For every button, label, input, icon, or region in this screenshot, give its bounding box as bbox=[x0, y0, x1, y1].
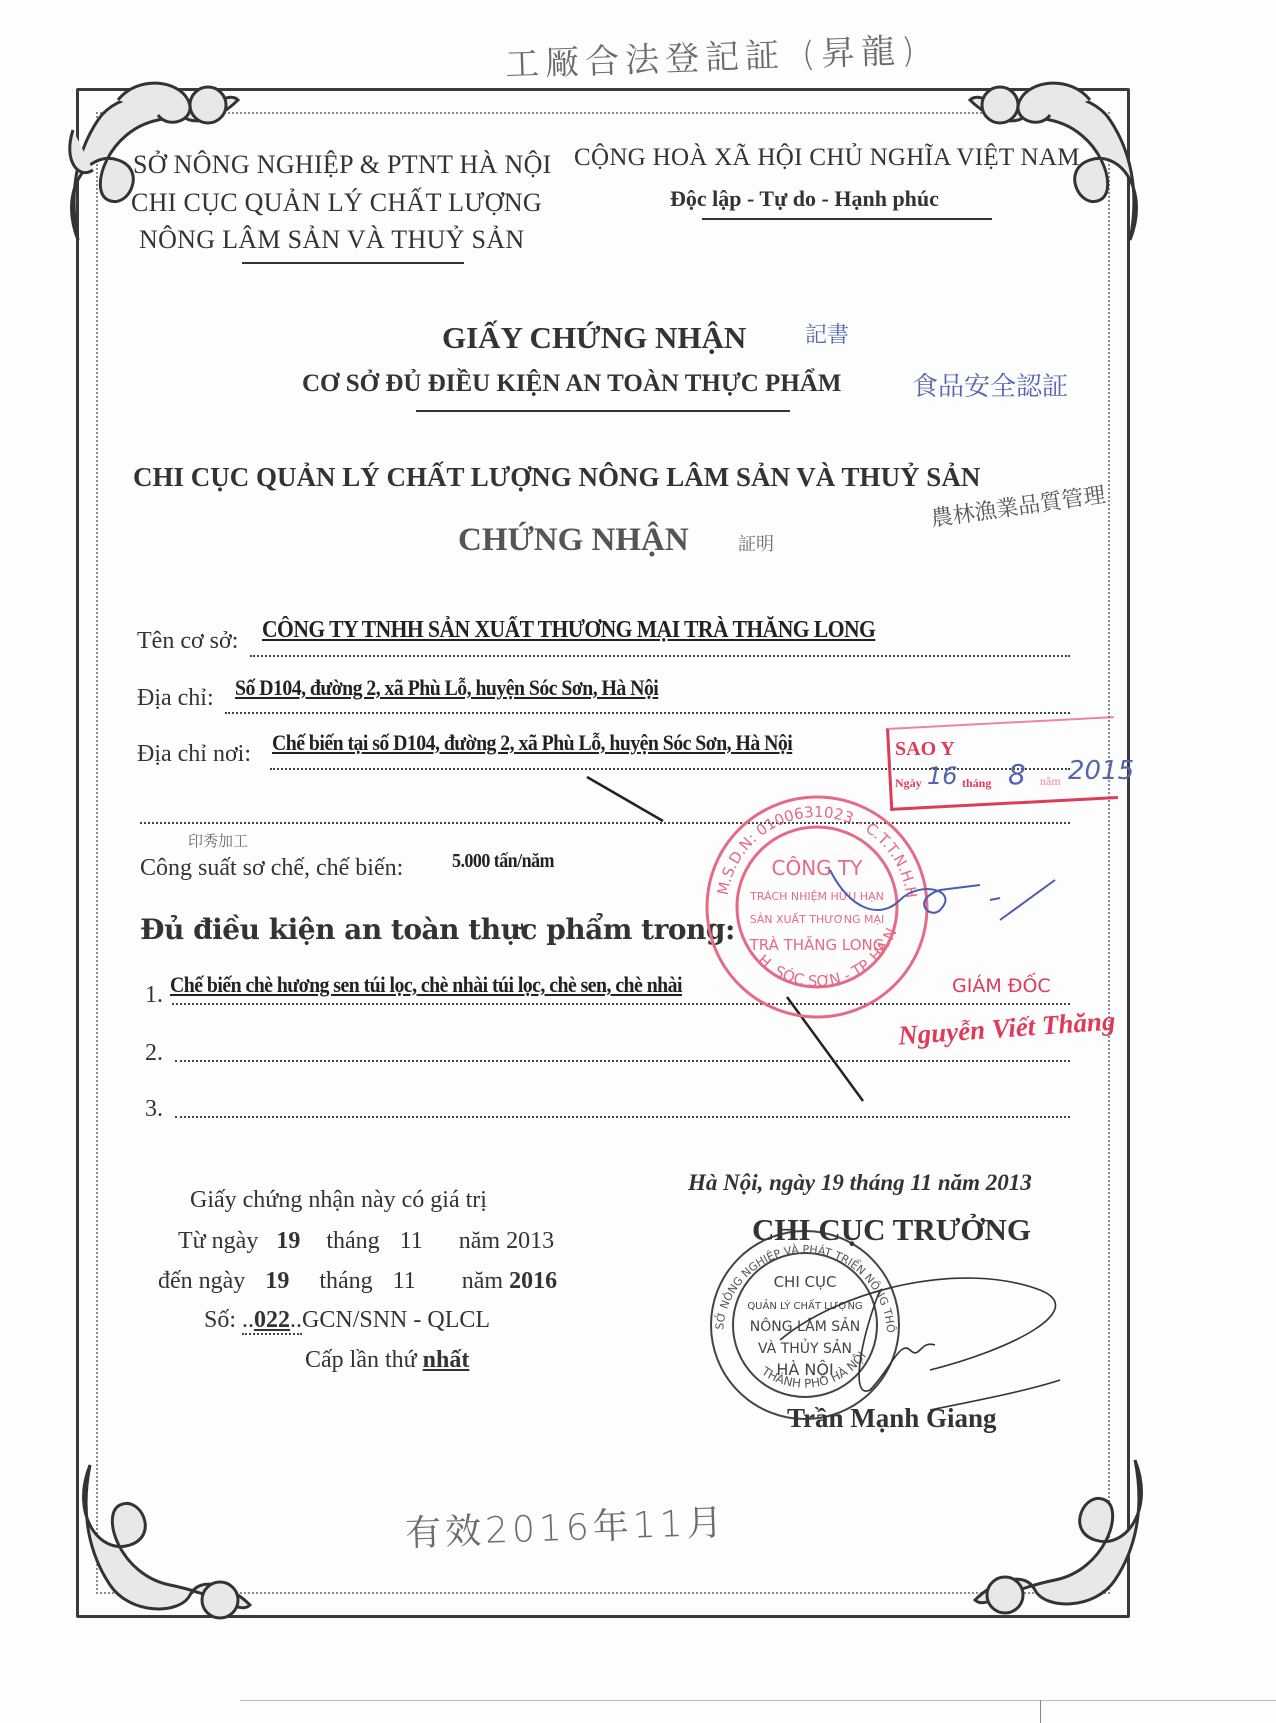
copy-stamp-year-label: năm bbox=[1040, 774, 1061, 789]
validity-to-prefix: đến ngày bbox=[158, 1268, 245, 1294]
issue-count: Cấp lần thứ nhất bbox=[305, 1347, 469, 1374]
certificate-subtitle: CƠ SỞ ĐỦ ĐIỀU KIỆN AN TOÀN THỰC PHẨM bbox=[302, 370, 841, 398]
certifies-heading: CHỨNG NHẬN bbox=[458, 522, 689, 559]
validity-from-year: 2013 bbox=[506, 1228, 554, 1254]
ornament-corner-bottom-right-icon bbox=[965, 1440, 1155, 1630]
header-agency-line1: CHI CỤC QUẢN LÝ CHẤT LƯỢNG bbox=[131, 188, 542, 218]
certificate-number: Số: ..022..GCN/SNN - QLCL bbox=[204, 1307, 490, 1334]
address-label: Địa chỉ: bbox=[137, 685, 214, 712]
scope-item-1-text: Chế biến chè hương sen túi lọc, chè nhài… bbox=[170, 972, 682, 998]
header-motto: Độc lập - Tự do - Hạnh phúc bbox=[670, 186, 939, 212]
validity-from: Từ ngày 19 tháng 11 năm 2013 bbox=[178, 1228, 554, 1255]
header-country: CỘNG HOÀ XÃ HỘI CHỦ NGHĨA VIỆT NAM bbox=[574, 144, 1080, 172]
site-address-label: Địa chỉ nơi: bbox=[137, 741, 251, 768]
top-handwritten-note: 工厰合法登記証 (昇龍) bbox=[504, 23, 921, 86]
validity-to-day: 19 bbox=[265, 1268, 289, 1294]
validity-to-year-label: năm bbox=[462, 1268, 503, 1294]
chief-signature-icon bbox=[760, 1250, 1090, 1420]
director-title: GIÁM ĐỐC bbox=[952, 975, 1051, 997]
copy-stamp-year: 2015 bbox=[1068, 756, 1134, 786]
signer-title: CHI CỤC TRƯỞNG bbox=[752, 1212, 1031, 1248]
scope-item-2-dots bbox=[175, 1060, 1070, 1062]
header-agency-line2: NÔNG LÂM SẢN VÀ THUỶ SẢN bbox=[139, 225, 524, 255]
certificate-number-value: 022 bbox=[254, 1307, 290, 1333]
paper-edge bbox=[240, 1700, 1276, 1701]
copy-stamp-day-label: Ngày bbox=[895, 776, 922, 791]
copy-stamp-label: SAO Y bbox=[895, 738, 955, 761]
site-address-value: Chế biến tại số D104, đường 2, xã Phù Lỗ… bbox=[272, 730, 792, 756]
validity-to-year: 2016 bbox=[509, 1268, 557, 1294]
validity-from-day: 19 bbox=[276, 1228, 300, 1254]
issue-count-label: Cấp lần thứ bbox=[305, 1347, 417, 1373]
title-handwritten-note: 記書 bbox=[805, 318, 849, 349]
validity-from-month-label: tháng bbox=[326, 1228, 379, 1254]
validity-to-month: 11 bbox=[393, 1268, 416, 1294]
capacity-handwritten-note: 印秀加工 bbox=[188, 830, 248, 851]
scope-heading: Đủ điều kiện an toàn thực phẩm trong: bbox=[140, 913, 735, 946]
capacity-label: Công suất sơ chế, chế biến: bbox=[140, 855, 403, 882]
header-right-underline bbox=[702, 218, 992, 220]
scope-item-3-dots bbox=[175, 1116, 1070, 1118]
certificate-title: GIẤY CHỨNG NHẬN bbox=[442, 320, 746, 356]
signer-name: Trần Mạnh Giang bbox=[787, 1403, 997, 1434]
strike-line-1 bbox=[585, 775, 665, 825]
validity-from-year-label: năm bbox=[459, 1228, 500, 1254]
validity-from-prefix: Từ ngày bbox=[178, 1228, 258, 1254]
certificate-number-suffix: GCN/SNN - QLCL bbox=[302, 1307, 490, 1333]
certificate-number-label: Số: bbox=[204, 1307, 236, 1333]
issuing-agency: CHI CỤC QUẢN LÝ CHẤT LƯỢNG NÔNG LÂM SẢN … bbox=[133, 462, 980, 493]
certifies-handwritten-note: 証明 bbox=[738, 530, 774, 556]
address-value: Số D104, đường 2, xã Phù Lỗ, huyện Sóc S… bbox=[235, 675, 658, 701]
facility-name-dots bbox=[250, 655, 1070, 657]
scope-item-1-dots bbox=[172, 1003, 1070, 1005]
validity-to-month-label: tháng bbox=[319, 1268, 372, 1294]
capacity-value: 5.000 tấn/năm bbox=[452, 850, 554, 873]
ornament-corner-bottom-left-icon bbox=[70, 1445, 260, 1635]
subtitle-handwritten-note: 食品安全認証 bbox=[912, 366, 1068, 403]
facility-name-value: CÔNG TY TNHH SẢN XUẤT THƯƠNG MẠI TRÀ THĂ… bbox=[262, 617, 875, 644]
scope-item-1-num: 1. bbox=[145, 982, 163, 1009]
paper-edge-vertical bbox=[1040, 1700, 1041, 1723]
header-department: SỞ NÔNG NGHIỆP & PTNT HÀ NỘI bbox=[133, 150, 552, 180]
facility-name-label: Tên cơ sở: bbox=[137, 628, 238, 655]
address-dots bbox=[225, 712, 1070, 714]
copy-stamp-month: 8 bbox=[1008, 758, 1026, 791]
copy-stamp-day: 16 bbox=[927, 762, 958, 790]
scope-item-2-num: 2. bbox=[145, 1040, 163, 1067]
director-signature-icon bbox=[820, 860, 1060, 940]
issue-count-value: nhất bbox=[423, 1347, 470, 1373]
header-left-underline bbox=[242, 262, 464, 264]
copy-stamp-month-label: tháng bbox=[962, 776, 991, 791]
validity-to: đến ngày 19 tháng 11 năm 2016 bbox=[158, 1268, 557, 1295]
subtitle-underline bbox=[416, 410, 790, 412]
place-date: Hà Nội, ngày 19 tháng 11 năm 2013 bbox=[688, 1170, 1032, 1196]
validity-from-month: 11 bbox=[400, 1228, 423, 1254]
scope-item-3-num: 3. bbox=[145, 1096, 163, 1123]
validity-intro: Giấy chứng nhận này có giá trị bbox=[190, 1187, 487, 1214]
